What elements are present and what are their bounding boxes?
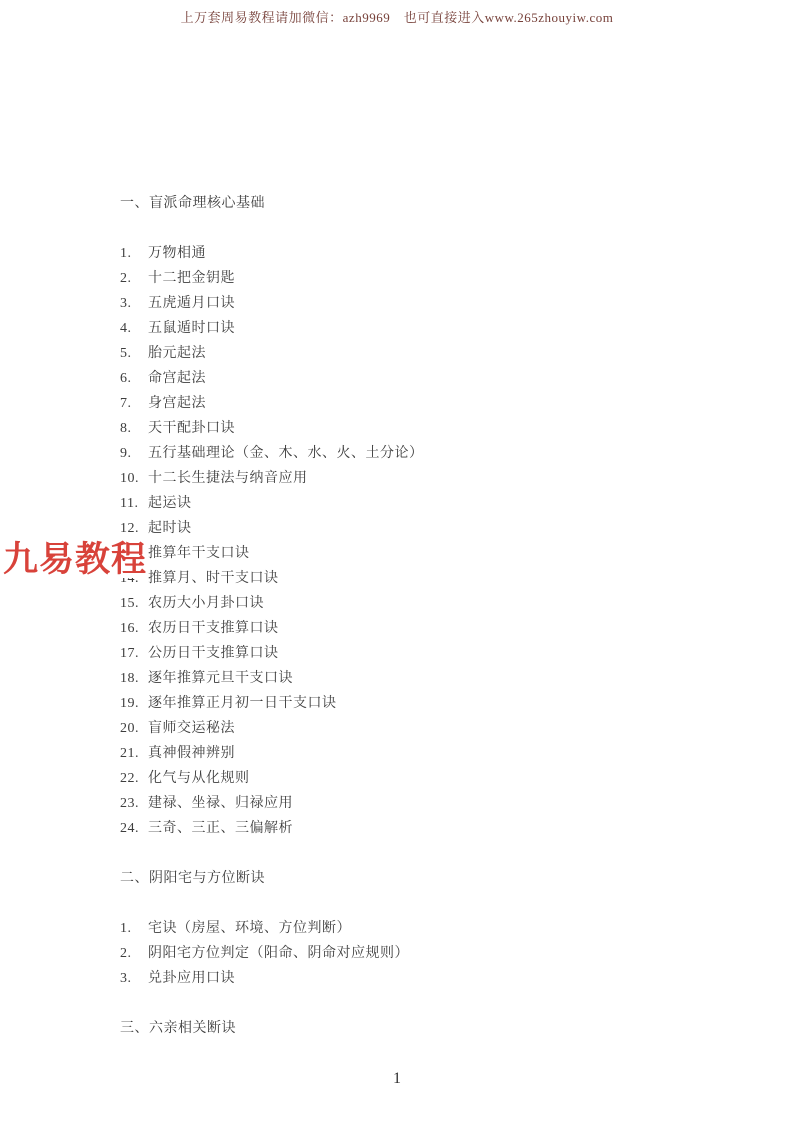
item-label: 逐年推算元旦干支口诀 [148,666,293,691]
item-number: 7. [120,391,148,416]
toc-item: 21.真神假神辨别 [120,741,734,766]
item-number: 5. [120,341,148,366]
toc-section: 三、六亲相关断诀 [120,1016,734,1041]
toc-item: 14.推算月、时干支口诀 [120,566,734,591]
section-title: 一、盲派命理核心基础 [120,191,734,216]
toc-item: 24.三奇、三正、三偏解析 [120,816,734,841]
item-number: 23. [120,791,148,816]
toc-item: 6.命宫起法 [120,366,734,391]
toc-item: 3.兑卦应用口诀 [120,966,734,991]
toc-item: 5.胎元起法 [120,341,734,366]
item-label: 五虎遁月口诀 [148,291,235,316]
item-number: 10. [120,466,148,491]
item-label: 农历日干支推算口诀 [148,616,279,641]
item-number: 16. [120,616,148,641]
item-number: 24. [120,816,148,841]
toc-item: 2.十二把金钥匙 [120,266,734,291]
item-label: 十二把金钥匙 [148,266,235,291]
toc-item: 2.阴阳宅方位判定（阳命、阴命对应规则） [120,941,734,966]
item-label: 起时诀 [148,516,192,541]
toc-item: 13.推算年干支口诀 [120,541,734,566]
item-label: 盲师交运秘法 [148,716,235,741]
toc-section: 二、阴阳宅与方位断诀1.宅诀（房屋、环境、方位判断）2.阴阳宅方位判定（阳命、阴… [120,866,734,991]
item-label: 化气与从化规则 [148,766,250,791]
toc-item: 1.万物相通 [120,241,734,266]
item-number: 22. [120,766,148,791]
item-number: 21. [120,741,148,766]
item-number: 20. [120,716,148,741]
item-label: 五鼠遁时口诀 [148,316,235,341]
item-number: 15. [120,591,148,616]
item-label: 起运诀 [148,491,192,516]
item-number: 3. [120,291,148,316]
item-label: 三奇、三正、三偏解析 [148,816,293,841]
item-label: 宅诀（房屋、环境、方位判断） [148,916,351,941]
item-number: 9. [120,441,148,466]
item-number: 8. [120,416,148,441]
toc-item: 10.十二长生捷法与纳音应用 [120,466,734,491]
item-label: 天干配卦口诀 [148,416,235,441]
table-of-contents: 一、盲派命理核心基础1.万物相通2.十二把金钥匙3.五虎遁月口诀4.五鼠遁时口诀… [120,191,734,1066]
section-title: 三、六亲相关断诀 [120,1016,734,1041]
item-number: 19. [120,691,148,716]
toc-section: 一、盲派命理核心基础1.万物相通2.十二把金钥匙3.五虎遁月口诀4.五鼠遁时口诀… [120,191,734,841]
promo-header-text: 上万套周易教程请加微信：azh9969 也可直接进入www.265zhouyiw… [0,7,794,26]
item-label: 逐年推算正月初一日干支口诀 [148,691,337,716]
toc-item: 12.起时诀 [120,516,734,541]
item-label: 身宫起法 [148,391,206,416]
toc-item: 16.农历日干支推算口诀 [120,616,734,641]
page-number: 1 [0,1070,794,1088]
toc-item: 1.宅诀（房屋、环境、方位判断） [120,916,734,941]
item-label: 万物相通 [148,241,206,266]
item-number: 3. [120,966,148,991]
item-label: 命宫起法 [148,366,206,391]
item-number: 18. [120,666,148,691]
item-label: 推算月、时干支口诀 [148,566,279,591]
item-label: 十二长生捷法与纳音应用 [148,466,308,491]
item-label: 真神假神辨别 [148,741,235,766]
item-number: 11. [120,491,148,516]
toc-item: 4.五鼠遁时口诀 [120,316,734,341]
toc-item: 19.逐年推算正月初一日干支口诀 [120,691,734,716]
item-number: 1. [120,916,148,941]
item-label: 推算年干支口诀 [148,541,250,566]
item-label: 兑卦应用口诀 [148,966,235,991]
item-label: 建禄、坐禄、归禄应用 [148,791,293,816]
item-number: 6. [120,366,148,391]
toc-item: 23.建禄、坐禄、归禄应用 [120,791,734,816]
toc-item: 15.农历大小月卦口诀 [120,591,734,616]
section-title: 二、阴阳宅与方位断诀 [120,866,734,891]
toc-item: 22.化气与从化规则 [120,766,734,791]
item-number: 1. [120,241,148,266]
item-number: 4. [120,316,148,341]
toc-item: 20.盲师交运秘法 [120,716,734,741]
item-label: 公历日干支推算口诀 [148,641,279,666]
toc-item: 9.五行基础理论（金、木、水、火、土分论） [120,441,734,466]
item-label: 农历大小月卦口诀 [148,591,264,616]
toc-item: 8.天干配卦口诀 [120,416,734,441]
item-label: 阴阳宅方位判定（阳命、阴命对应规则） [148,941,409,966]
item-number: 2. [120,941,148,966]
toc-item: 18.逐年推算元旦干支口诀 [120,666,734,691]
item-label: 五行基础理论（金、木、水、火、土分论） [148,441,424,466]
toc-item: 7.身宫起法 [120,391,734,416]
item-label: 胎元起法 [148,341,206,366]
toc-item: 3.五虎遁月口诀 [120,291,734,316]
item-number: 2. [120,266,148,291]
item-number: 17. [120,641,148,666]
item-number: 12. [120,516,148,541]
toc-item: 17.公历日干支推算口诀 [120,641,734,666]
red-watermark-text: 九易教程 [2,541,148,578]
toc-item: 11.起运诀 [120,491,734,516]
document-page: 上万套周易教程请加微信：azh9969 也可直接进入www.265zhouyiw… [0,0,794,1123]
